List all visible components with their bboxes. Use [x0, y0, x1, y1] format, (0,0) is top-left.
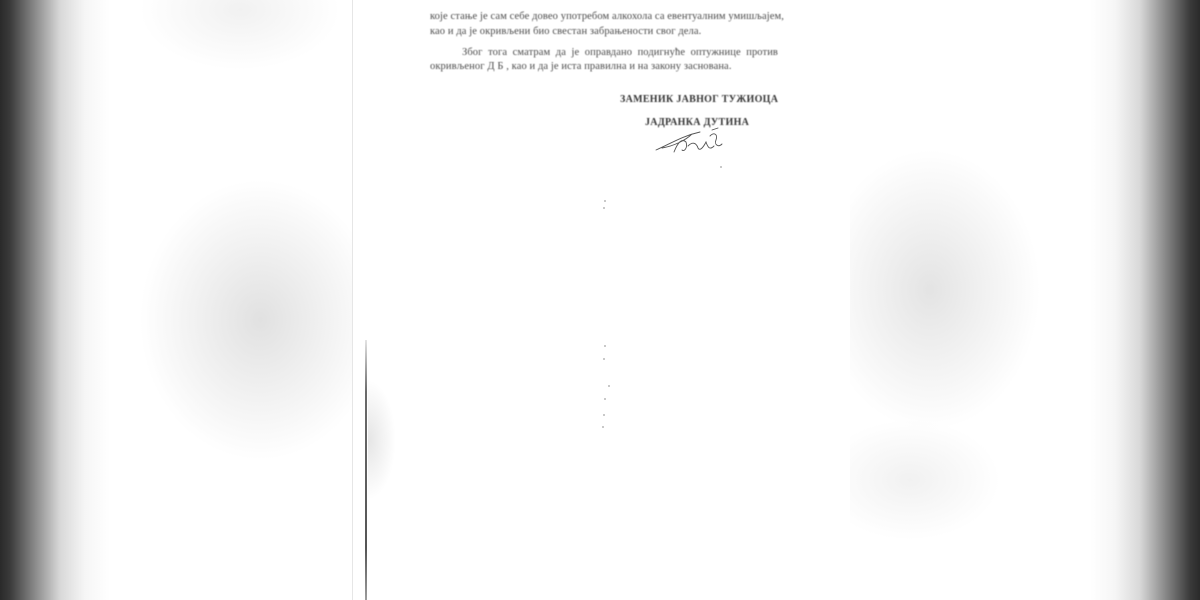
blurred-background-right [850, 0, 1080, 600]
scan-speck [604, 345, 606, 347]
scanned-document-page [352, 0, 850, 600]
scan-speck [604, 200, 606, 202]
scan-speck [608, 385, 610, 387]
scan-speck [603, 207, 605, 209]
scan-speck [603, 414, 605, 416]
paragraph2-line2: окривљеног Д Б , као и да је иста правил… [430, 61, 732, 72]
scan-speck [602, 426, 604, 428]
paragraph2-line1: Због тога сматрам да је оправдано подигн… [462, 47, 778, 58]
signatory-title: ЗАМЕНИК ЈАВНОГ ТУЖИОЦА [620, 94, 778, 105]
scan-speck [720, 166, 722, 168]
scan-speck [604, 398, 606, 400]
scan-speck [603, 358, 605, 360]
paragraph1-line1: које стање је сам себе довео употребом а… [430, 11, 778, 22]
handwritten-signature-icon [652, 126, 732, 156]
blurred-background-left [120, 0, 352, 600]
paragraph1-line2: као и да је окривљени био свестан забрањ… [430, 26, 701, 37]
scan-edge-mark [365, 340, 367, 600]
scan-smudge [368, 380, 396, 500]
